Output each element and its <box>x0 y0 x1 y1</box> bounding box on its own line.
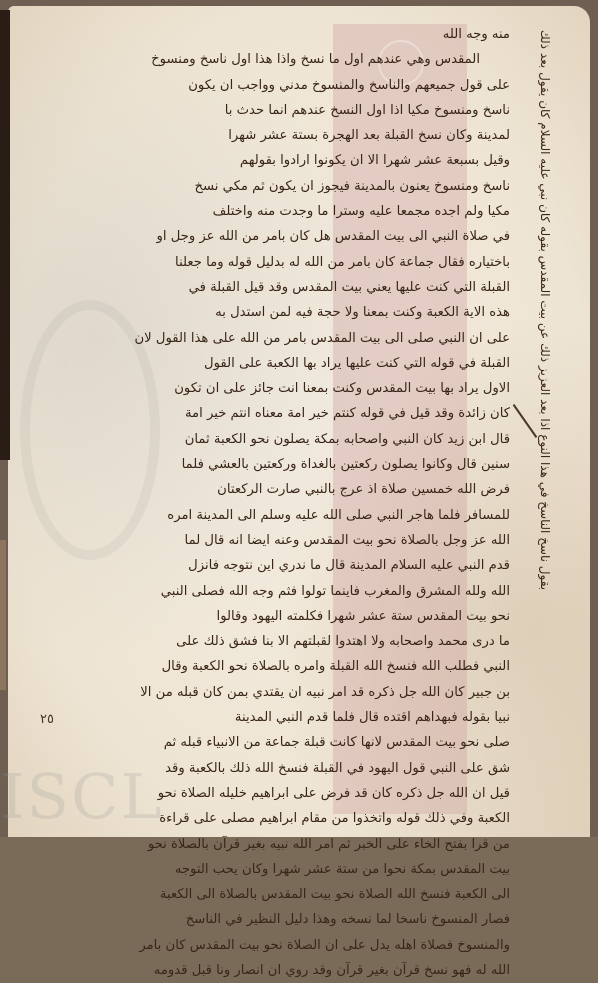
page-number: ٢٥ <box>40 712 54 727</box>
text-line: الله عز وجل بالصلاة نحو بيت المقدس وعنه … <box>70 528 510 553</box>
text-line: قدم النبي عليه السلام المدينة قال ما ندر… <box>70 553 510 578</box>
manuscript-photo: منه وجه الله المقدس وهي عندهم اول ما نسخ… <box>0 0 598 837</box>
marginal-note: بقول ناسخ الناسخ في هذا النوع اذا بعد ال… <box>528 30 568 820</box>
text-line: قال ابن زيد كان النبي واصحابه بمكة يصلون… <box>70 427 510 452</box>
text-line: ناسخ ومنسوخ يعنون بالمدينة فيجوز ان يكون… <box>70 174 510 199</box>
text-line: صلى نحو بيت المقدس لانها كانت قبلة جماعة… <box>70 730 510 755</box>
text-line: في صلاة النبي الى بيت المقدس هل كان بامر… <box>70 224 510 249</box>
text-line: على قول جميعهم والناسخ والمنسوخ مدني ووا… <box>70 73 510 98</box>
text-line: القبلة التي كنت عليها يعني بيت المقدس وق… <box>70 275 510 300</box>
text-line: الاول يراد بها بيت المقدس وكنت بمعنا انت… <box>70 376 510 401</box>
text-line: ناسخ ومنسوخ مكيا اذا اول النسخ عندهم انم… <box>70 98 510 123</box>
text-line: القبلة في قوله التي كنت عليها يراد بها ا… <box>70 351 510 376</box>
text-line: الله ولله المشرق والمغرب فاينما تولوا فث… <box>70 579 510 604</box>
text-line: للمسافر فلما هاجر النبي صلى الله عليه وس… <box>70 503 510 528</box>
text-line: على ان النبي صلى الى بيت المقدس بامر من … <box>70 326 510 351</box>
text-line: لمدينة وكان نسخ القبلة بعد الهجرة بستة ع… <box>70 123 510 148</box>
manuscript-text: منه وجه الله المقدس وهي عندهم اول ما نسخ… <box>70 22 510 812</box>
book-binding-edge-lower <box>0 540 6 690</box>
text-line: مكيا ولم اجده مجمعا عليه وسترا ما وجدت م… <box>70 199 510 224</box>
manuscript-heading: منه وجه الله <box>70 22 510 47</box>
text-line: باختياره فقال جماعة كان بامر من الله له … <box>70 250 510 275</box>
marginal-note-text: بقول ناسخ الناسخ في هذا النوع اذا بعد ال… <box>538 30 552 590</box>
text-line: كان زائدة وقد قيل في قوله كنتم خير امة م… <box>70 401 510 426</box>
text-line: بن جبير كان الله جل ذكره قد امر نبيه ان … <box>70 680 510 705</box>
text-line: وقيل بسبعة عشر شهرا الا ان يكونوا ارادوا… <box>70 148 510 173</box>
ghost-watermark-text: ISCL <box>0 760 164 833</box>
text-line: المقدس وهي عندهم اول ما نسخ واذا هذا اول… <box>70 47 510 72</box>
text-line: نحو بيت المقدس ستة عشر شهرا فكلمته اليهو… <box>70 604 510 629</box>
text-line: النبي فطلب الله فنسخ الله القبلة وامره ب… <box>70 654 510 679</box>
text-line: ما درى محمد واصحابه ولا اهتدوا لقبلتهم ا… <box>70 629 510 654</box>
text-line: سنين قال وكانوا يصلون ركعتين بالغداة ورك… <box>70 452 510 477</box>
text-line: فرض الله خمسين صلاة اذ عرج بالنبي صارت ا… <box>70 477 510 502</box>
text-line: هذه الاية الكعبة وكنت بمعنا ولا حجة فيه … <box>70 300 510 325</box>
book-binding-edge <box>0 10 10 460</box>
text-line: نبيا بقوله فبهداهم اقتده قال فلما قدم ال… <box>70 705 510 730</box>
